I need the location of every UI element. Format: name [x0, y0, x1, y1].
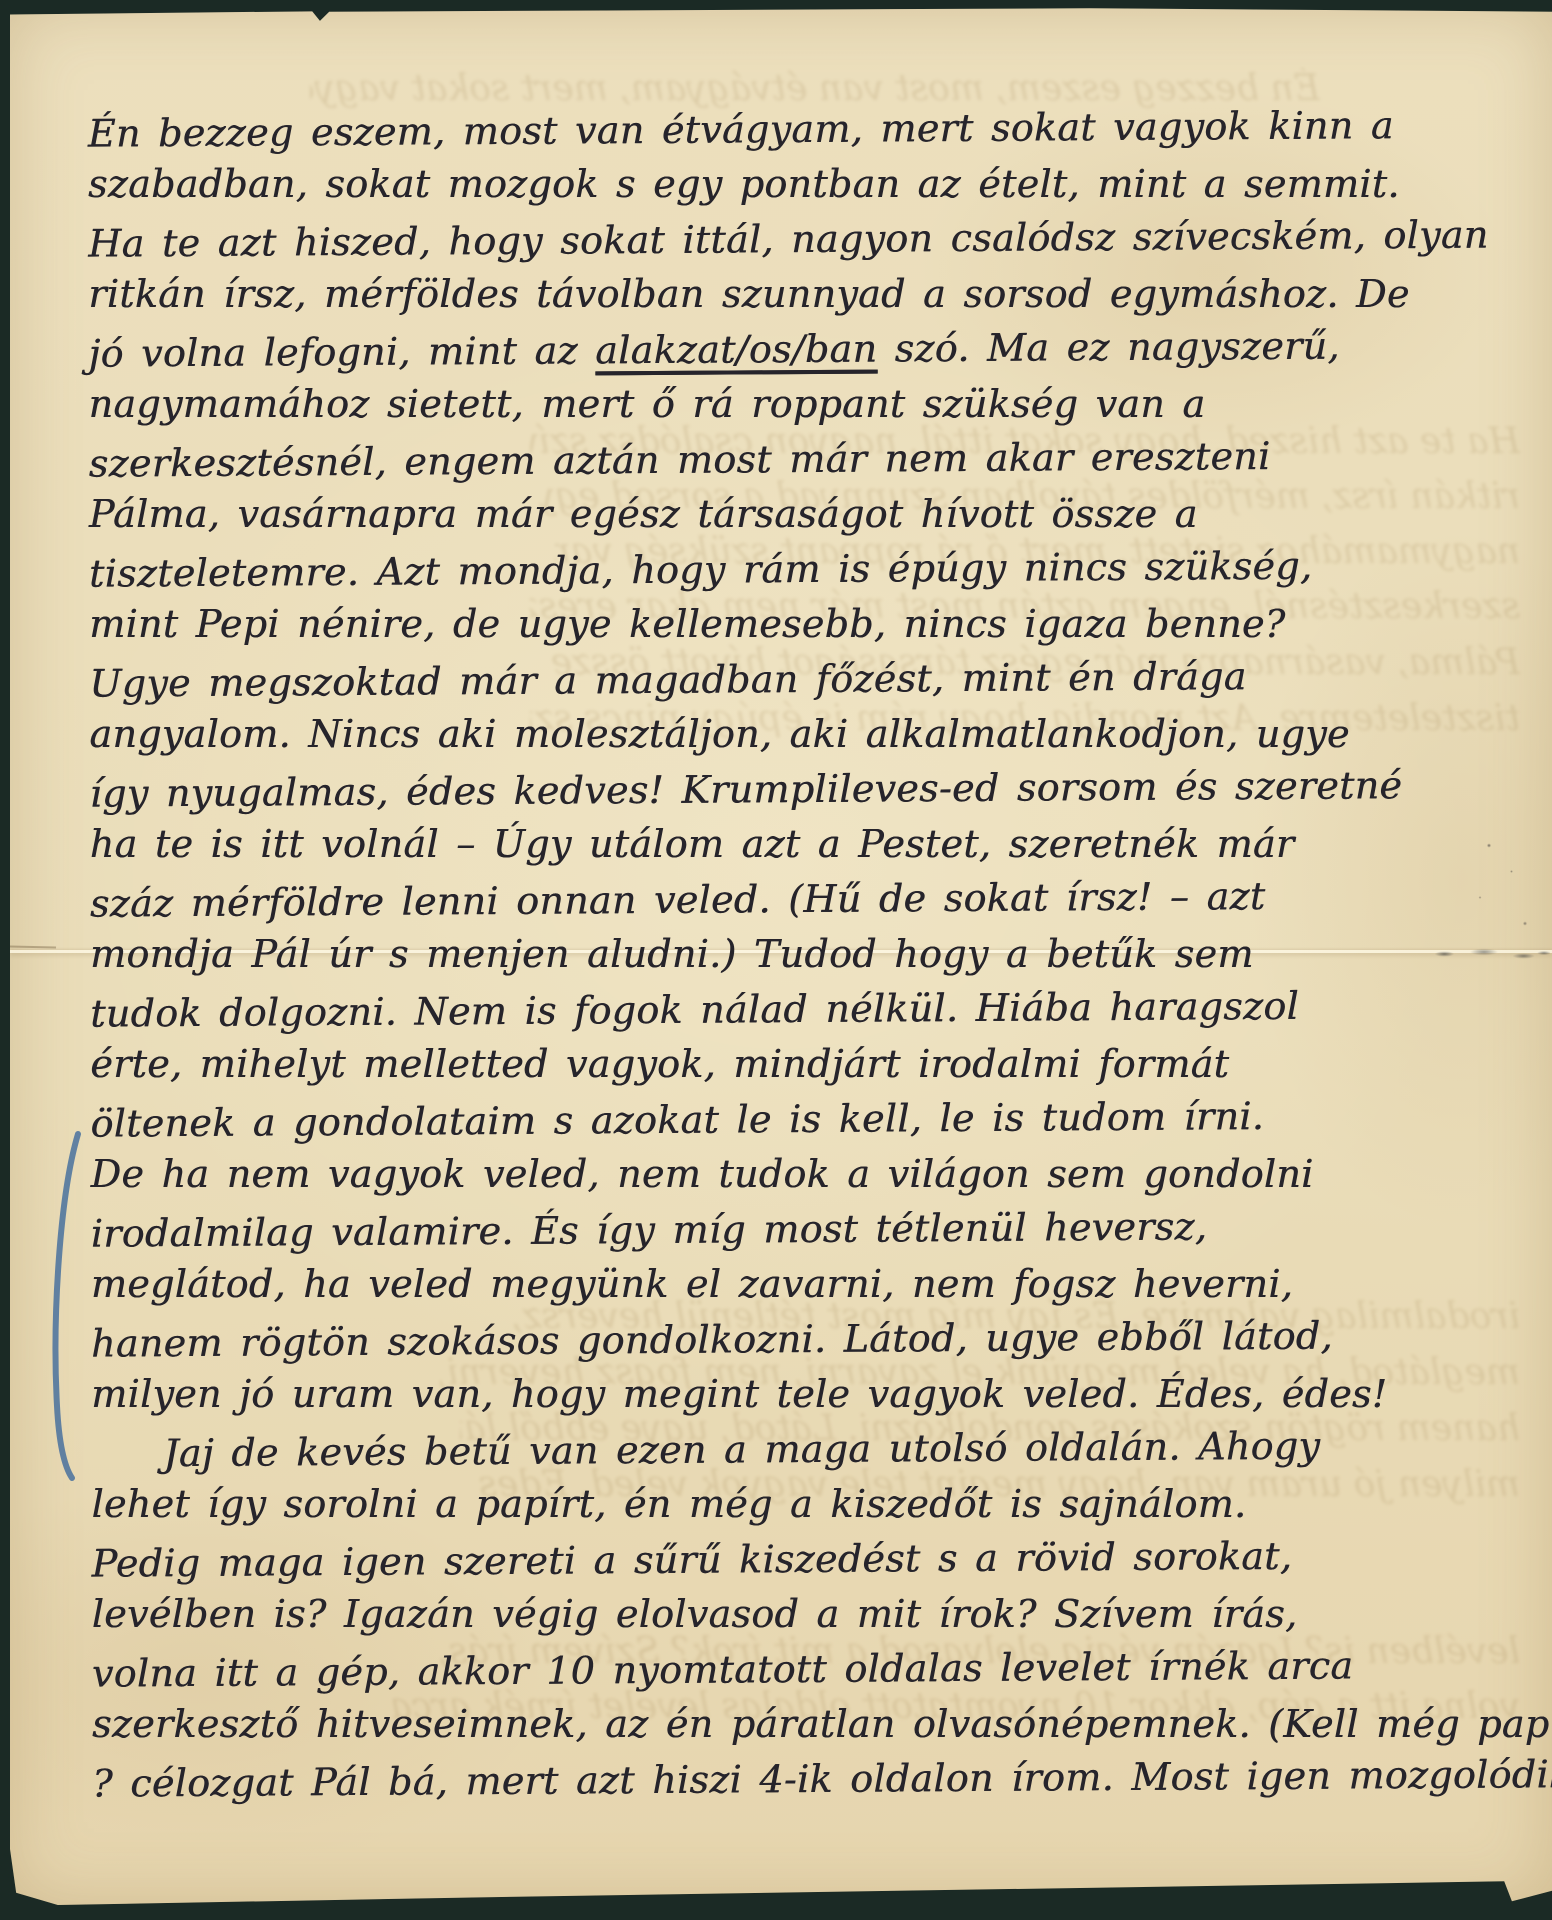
handwriting-line: szerkesztésnél, engem aztán most már nem…: [89, 427, 1533, 491]
letter-lines: Én bezzeg eszem, most van étvágyam, mert…: [88, 100, 1536, 1809]
handwriting-line: milyen jó uram van, hogy megint tele vag…: [91, 1367, 1535, 1422]
underlined-word: alakzat/os/ban: [595, 327, 877, 373]
scan-background: Én bezzeg eszem, most van étvágyam, mert…: [0, 0, 1552, 1920]
handwriting-line: volna itt a gép, akkor 10 nyomtatott old…: [92, 1637, 1536, 1701]
handwriting-line: jó volna lefogni, mint az alakzat/os/ban…: [88, 317, 1532, 381]
handwriting-line: szabadban, sokat mozgok s egy pontban az…: [88, 157, 1532, 212]
handwriting-line: szerkesztő hitveseimnek, az én páratlan …: [92, 1697, 1536, 1752]
handwriting-line: angyalom. Nincs aki molesztáljon, aki al…: [89, 707, 1533, 762]
handwriting-line: öltenek a gondolataim s azokat le is kel…: [90, 1087, 1534, 1151]
handwriting-line: mondja Pál úr s menjen aludni.) Tudod ho…: [90, 927, 1534, 982]
letter-page: Én bezzeg eszem, most van étvágyam, mert…: [10, 6, 1552, 1906]
handwriting-line: levélben is? Igazán végig elolvasod a mi…: [92, 1587, 1536, 1642]
handwriting-line: tiszteletemre. Azt mondja, hogy rám is é…: [89, 537, 1533, 601]
handwriting-line: száz mérföldre lenni onnan veled. (Hű de…: [90, 867, 1534, 931]
handwriting-line: nagymamához sietett, mert ő rá roppant s…: [89, 377, 1533, 432]
handwriting-line: irodalmilag valamire. És így míg most té…: [91, 1197, 1535, 1261]
handwriting-line: Pálma, vasárnapra már egész társaságot h…: [89, 487, 1533, 542]
handwriting-line: ha te is itt volnál – Úgy utálom azt a P…: [90, 817, 1534, 872]
handwriting-line: mint Pepi nénire, de ugye kellemesebb, n…: [89, 597, 1533, 652]
handwriting-line: hanem rögtön szokásos gondolkozni. Látod…: [91, 1307, 1535, 1371]
handwriting-line: így nyugalmas, édes kedves! Krumplileves…: [89, 757, 1533, 821]
handwriting-line: Pedig maga igen szereti a sűrű kiszedést…: [91, 1527, 1535, 1591]
handwriting-line: De ha nem vagyok veled, nem tudok a vilá…: [91, 1147, 1535, 1202]
handwriting-line: Én bezzeg eszem, most van étvágyam, mert…: [88, 97, 1532, 161]
fold-crease-crack: [10, 946, 56, 949]
handwriting-line: meglátod, ha veled megyünk el zavarni, n…: [91, 1257, 1535, 1312]
handwriting-line: lehet így sorolni a papírt, én még a kis…: [91, 1477, 1535, 1532]
handwriting-line: Ha te azt hiszed, hogy sokat ittál, nagy…: [88, 207, 1532, 271]
handwriting-line: érte, mihelyt melletted vagyok, mindjárt…: [90, 1037, 1534, 1092]
handwriting-line: ritkán írsz, mérföldes távolban szunnyad…: [88, 267, 1532, 322]
handwriting-line: ? célozgat Pál bá, mert azt hiszi 4-ik o…: [92, 1747, 1536, 1811]
handwriting-line: Ugye megszoktad már a magadban főzést, m…: [89, 647, 1533, 711]
handwriting-line: tudok dolgozni. Nem is fogok nálad nélkü…: [90, 977, 1534, 1041]
handwriting-line: Jaj de kevés betű van ezen a maga utolsó…: [91, 1417, 1535, 1481]
